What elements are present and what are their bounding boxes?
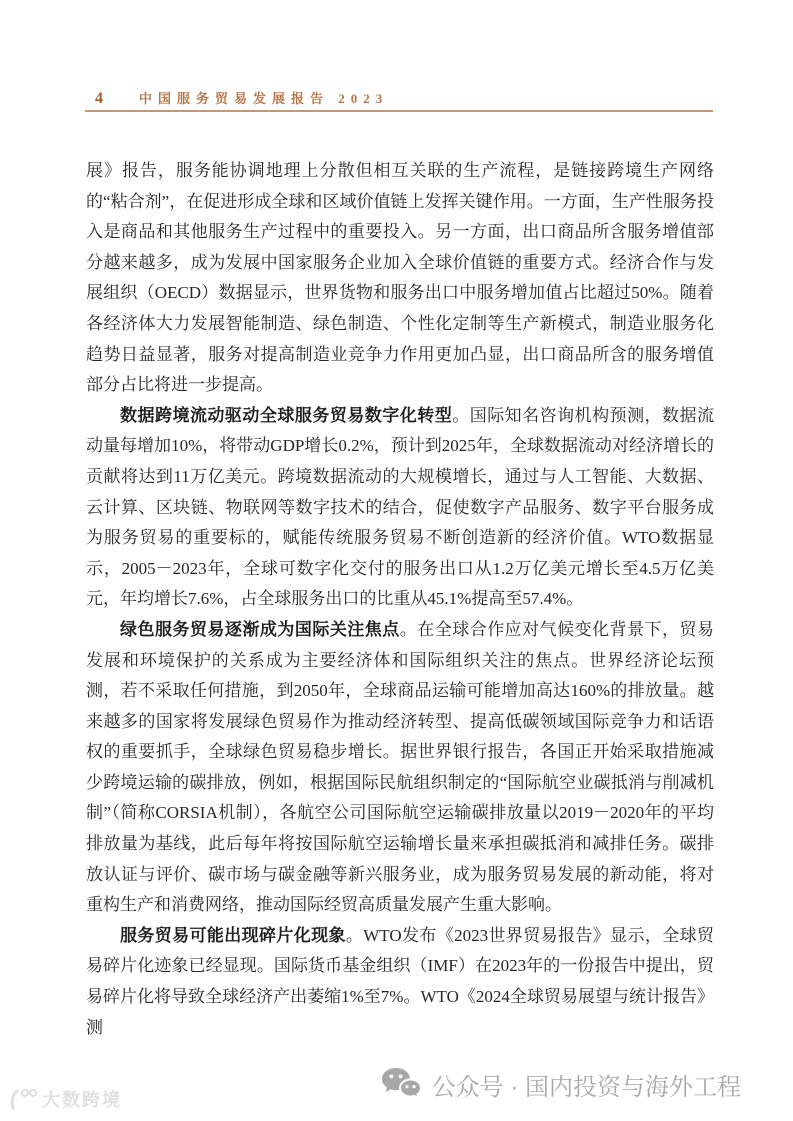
page-number: 4 — [95, 90, 103, 107]
page-header: 4中国服务贸易发展报告 2023 — [95, 88, 388, 108]
wechat-icon — [380, 1066, 422, 1102]
document-body: 展》报告，服务能协调地理上分散但相互关联的生产流程，是链接跨境生产网络的“粘合剂… — [86, 156, 714, 1043]
paragraph: 展》报告，服务能协调地理上分散但相互关联的生产流程，是链接跨境生产网络的“粘合剂… — [86, 156, 714, 401]
header-divider — [85, 110, 713, 112]
right-watermark: 公众号 · 国内投资与海外工程 — [380, 1066, 741, 1102]
right-watermark-label: 公众号 · 国内投资与海外工程 — [432, 1067, 741, 1102]
paragraph: 服务贸易可能出现碎片化现象。WTO发布《2023世界贸易报告》显示，全球贸易碎片… — [86, 921, 714, 1043]
left-watermark-label: 大数跨境 — [42, 1086, 122, 1112]
paragraph-run-in-heading: 服务贸易可能出现碎片化现象 — [120, 926, 346, 945]
header-title: 中国服务贸易发展报告 2023 — [139, 91, 388, 106]
paragraph: 数据跨境流动驱动全球服务贸易数字化转型。国际知名咨询机构预测，数据流动量每增加1… — [86, 401, 714, 615]
dashu-logo-icon — [8, 1087, 38, 1111]
document-page: 4中国服务贸易发展报告 2023 展》报告，服务能协调地理上分散但相互关联的生产… — [0, 0, 793, 1121]
paragraph-run-in-heading: 数据跨境流动驱动全球服务贸易数字化转型 — [120, 406, 452, 425]
paragraph: 绿色服务贸易逐渐成为国际关注焦点。在全球合作应对气候变化背景下，贸易发展和环境保… — [86, 615, 714, 921]
left-watermark: 大数跨境 — [8, 1086, 122, 1112]
paragraph-run-in-heading: 绿色服务贸易逐渐成为国际关注焦点 — [120, 620, 400, 639]
